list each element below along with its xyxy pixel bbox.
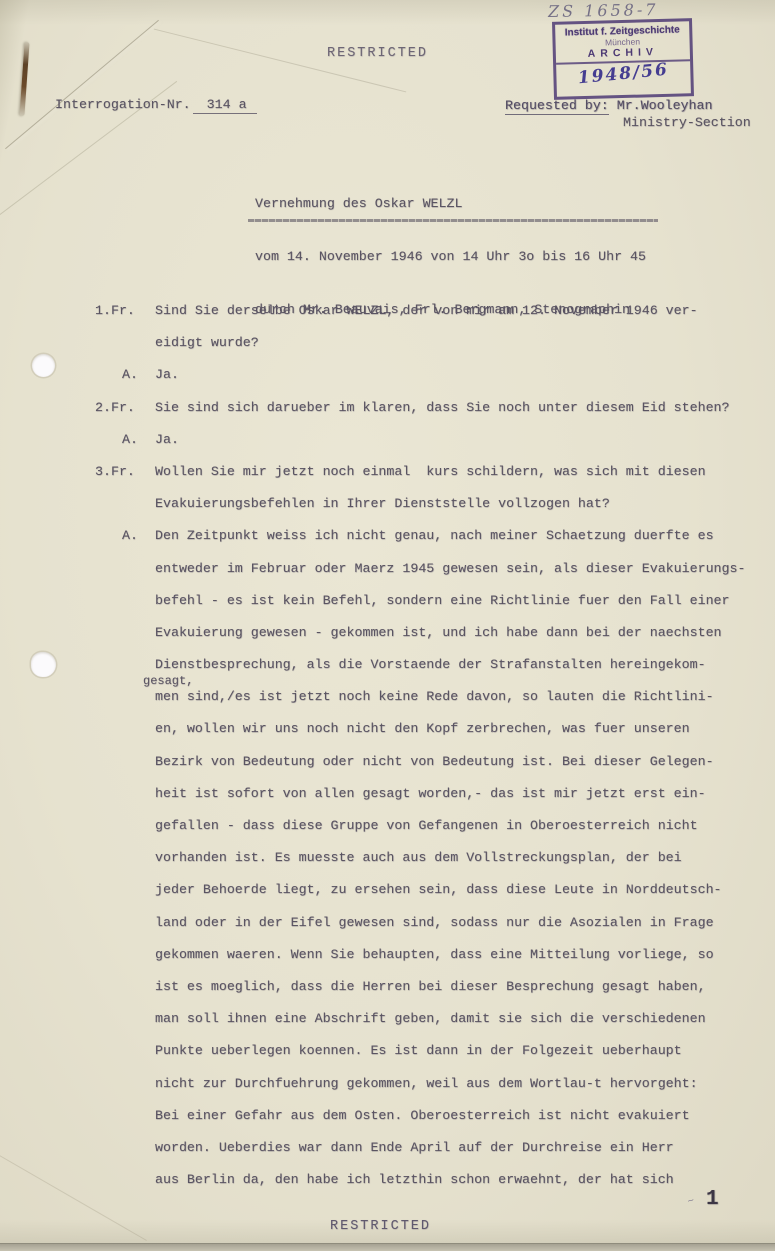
title-line-datetime: vom 14. November 1946 von 14 Uhr 3o bis … [255,248,646,266]
interrogation-number: 314 a [193,97,257,114]
paper-bottom-edge [0,1243,775,1251]
question-label: 3.Fr. [95,464,135,479]
paper-crease [5,20,159,149]
transcript-line: ist es moeglich, dass die Herren bei die… [155,979,735,1011]
document-page: RESTRICTED ZS 1658-7 Institut f. Zeitges… [0,0,775,1251]
archive-stamp: Institut f. Zeitgeschichte München ARCHI… [552,18,694,100]
transcript-line: heit ist sofort von allen gesagt worden,… [155,786,735,818]
transcript-line: Den Zeitpunkt weiss ich nicht genau, nac… [155,528,735,560]
transcript-line: jeder Behoerde liegt, zu ersehen sein, d… [155,882,735,914]
answer-label: A. [122,432,138,447]
answer-label: A. [122,367,138,382]
transcript-line: en, wollen wir uns noch nicht den Kopf z… [155,721,735,753]
transcript-line: Sie sind sich darueber im klaren, dass S… [155,400,735,432]
question-entry: 1.Fr.Sind Sie derselbe Oskar WELZL, der … [155,303,735,367]
requested-by-department: Ministry-Section [623,115,751,130]
question-label: 1.Fr. [95,303,135,318]
transcript-line: Dienstbesprechung, als die Vorstaende de… [155,657,735,689]
requested-by-label: Requested by: [505,98,609,115]
transcript-line: aus Berlin da, den habe ich letzthin sch… [155,1172,735,1204]
classification-marking-bottom: RESTRICTED [330,1219,431,1234]
transcript-line: Punkte ueberlegen koennen. Es ist dann i… [155,1043,735,1075]
transcript-line: Bezirk von Bedeutung oder nicht von Bede… [155,754,735,786]
classification-marking-top: RESTRICTED [327,46,428,61]
interline-insertion: gesagt, [143,674,193,688]
paper-crease [0,1140,147,1241]
transcript-line: Wollen Sie mir jetzt noch einmal kurs sc… [155,464,735,496]
title-divider-rule [248,219,658,222]
answer-label: A. [122,528,138,543]
punch-hole [32,354,55,377]
answer-entry: A.Ja. [155,432,735,464]
interrogation-number-line: Interrogation-Nr.314 a [55,97,257,114]
punch-hole [31,652,56,677]
transcript-line: gefallen - dass diese Gruppe von Gefange… [155,818,735,850]
transcript-line: men sind,/es ist jetzt noch keine Rede d… [155,689,735,721]
transcript-line: befehl - es ist kein Befehl, sondern ein… [155,593,735,625]
question-entry: 2.Fr.Sie sind sich darueber im klaren, d… [155,400,735,432]
transcript-line: Ja. [155,367,735,399]
requested-by-name: Mr.Wooleyhan [609,98,713,113]
transcript-line: eidigt wurde? [155,335,735,367]
transcript-line: vorhanden ist. Es muesste auch aus dem V… [155,850,735,882]
question-label: 2.Fr. [95,400,135,415]
transcript-line: Evakuierungsbefehlen in Ihrer Dienststel… [155,496,735,528]
page-number: 1 [706,1188,719,1211]
transcript-line: worden. Ueberdies war dann Ende April au… [155,1140,735,1172]
transcript-line: entweder im Februar oder Maerz 1945 gewe… [155,561,735,593]
transcript-line: Ja. [155,432,735,464]
answer-entry: A.Ja. [155,367,735,399]
title-line-subject: Vernehmung des Oskar WELZL [255,195,646,213]
requested-by-line: Requested by: Mr.Wooleyhan [505,98,712,113]
question-entry: 3.Fr.Wollen Sie mir jetzt noch einmal ku… [155,464,735,528]
transcript-line: Sind Sie derselbe Oskar WELZL, der von m… [155,303,735,335]
transcript-line: gekommen waeren. Wenn Sie behaupten, das… [155,947,735,979]
transcript-line: Bei einer Gefahr aus dem Osten. Oberoest… [155,1108,735,1140]
pencil-archive-signature: ZS 1658-7 [548,0,659,21]
interrogation-label: Interrogation-Nr. [55,97,191,112]
interrogation-transcript: 1.Fr.Sind Sie derselbe Oskar WELZL, der … [155,303,735,1204]
transcript-line: Evakuierung gewesen - gekommen ist, und … [155,625,735,657]
paper-tear-mark [19,42,29,116]
transcript-line: man soll ihnen eine Abschrift geben, dam… [155,1011,735,1043]
transcript-line: land oder in der Eifel gewesen sind, sod… [155,915,735,947]
answer-entry: A.Den Zeitpunkt weiss ich nicht genau, n… [155,528,735,1204]
transcript-line: nicht zur Durchfuehrung gekommen, weil a… [155,1076,735,1108]
